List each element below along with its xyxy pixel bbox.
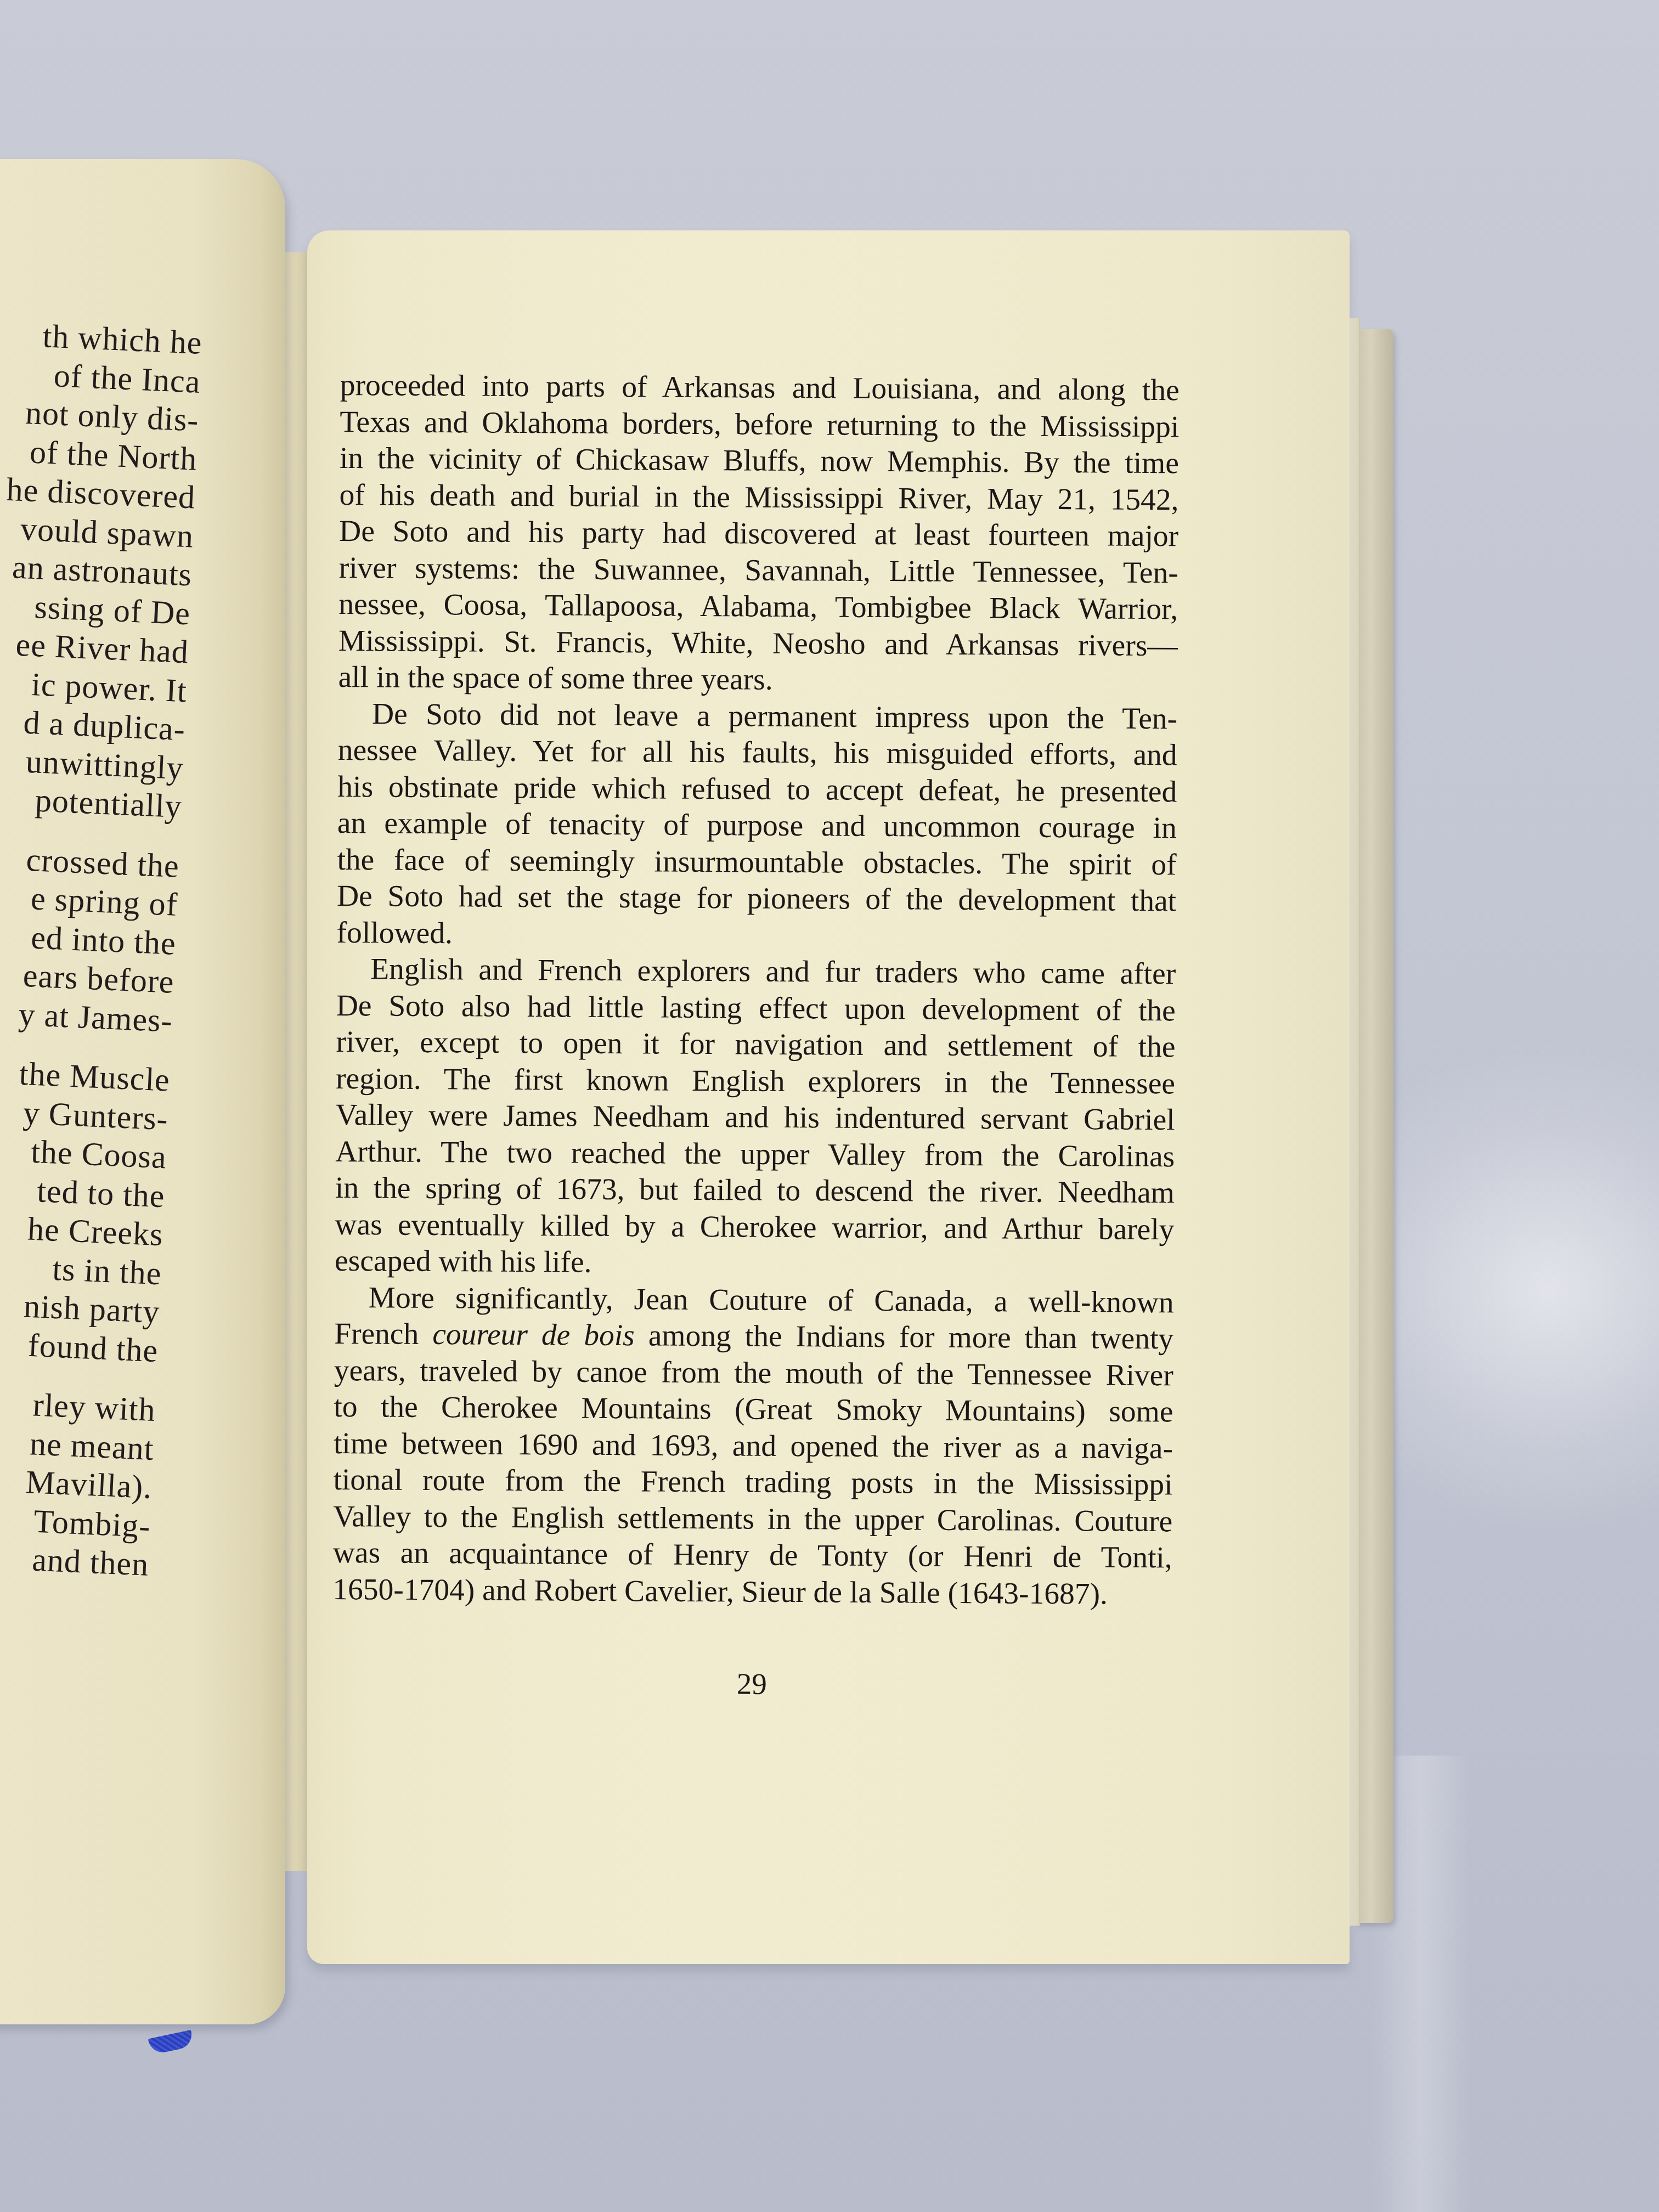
text-line: in the vicinity of Chickasaw Bluffs, now… [340, 441, 1179, 482]
text-line: nessee Valley. Yet for all his faults, h… [338, 732, 1177, 774]
left-page-text: th which heof the Incanot only dis-of th… [0, 309, 203, 1584]
text-line: More significantly, Jean Couture of Cana… [334, 1279, 1173, 1321]
text-line: was an acquaintance of Henry de Tonty (o… [333, 1535, 1172, 1577]
text-line: tional route from the French trading pos… [333, 1462, 1172, 1504]
italic-phrase: coureur de bois [432, 1318, 635, 1352]
text-line: to the Cherokee Mountains (Great Smoky M… [334, 1389, 1173, 1431]
text-line: of his death and burial in the Mississip… [339, 477, 1178, 518]
book-back-cover [1355, 329, 1393, 1923]
text-line: region. The first known English explorer… [336, 1060, 1175, 1102]
page-number: 29 [332, 1663, 1171, 1705]
bookmark-ribbon-bottom [148, 2030, 194, 2055]
text-line: was eventually killed by a Cherokee warr… [335, 1206, 1174, 1248]
text-line: his obstinate pride which refused to acc… [337, 769, 1177, 810]
right-page: proceeded into parts of Arkansas and Lou… [307, 230, 1350, 1964]
text-line: De Soto had set the stage for pioneers o… [337, 878, 1176, 920]
text-line: proceeded into parts of Arkansas and Lou… [340, 368, 1180, 409]
text-line: English and French explorers and fur tra… [336, 951, 1176, 993]
text-line: nessee, Coosa, Tallapoosa, Alabama, Tomb… [338, 586, 1178, 628]
text-line: followed. [337, 915, 1176, 956]
text-line: all in the space of some three years. [338, 659, 1177, 701]
text-line: years, traveled by canoe from the mouth … [334, 1352, 1173, 1394]
text-line: Mississippi. St. Francis, White, Neosho … [338, 623, 1178, 664]
text-line: French coureur de bois among the Indians… [334, 1316, 1173, 1358]
paragraph: English and French explorers and fur tra… [335, 951, 1176, 1285]
paragraph: proceeded into parts of Arkansas and Lou… [338, 368, 1180, 701]
text-line: the face of seemingly insurmountable obs… [337, 842, 1176, 883]
text-line: De Soto and his party had discovered at … [339, 513, 1178, 555]
text-line: escaped with his life. [335, 1243, 1174, 1285]
text-line: De Soto did not leave a permanent impres… [338, 696, 1177, 737]
text-line: an example of tenacity of purpose and un… [337, 805, 1177, 847]
left-page: th which heof the Incanot only dis-of th… [0, 159, 285, 2024]
text-line: Arthur. The two reached the upper Valley… [335, 1133, 1175, 1175]
text-line: Valley to the English settlements in the… [333, 1498, 1172, 1540]
text-line: 1650-1704) and Robert Cavelier, Sieur de… [332, 1571, 1172, 1613]
text-line: Valley were James Needham and his indent… [335, 1097, 1175, 1139]
text-line: river systems: the Suwannee, Savannah, L… [339, 550, 1178, 591]
paragraph: More significantly, Jean Couture of Cana… [332, 1279, 1174, 1613]
right-page-text: proceeded into parts of Arkansas and Lou… [332, 368, 1180, 1613]
paragraph: De Soto did not leave a permanent impres… [337, 696, 1178, 956]
text-line: in the spring of 1673, but failed to des… [335, 1170, 1175, 1212]
text-line: time between 1690 and 1693, and opened t… [334, 1425, 1173, 1467]
text-line: Texas and Oklahoma borders, before retur… [340, 404, 1179, 445]
text-line: river, except to open it for navigation … [336, 1024, 1175, 1066]
text-line: De Soto also had little lasting effect u… [336, 988, 1176, 1029]
